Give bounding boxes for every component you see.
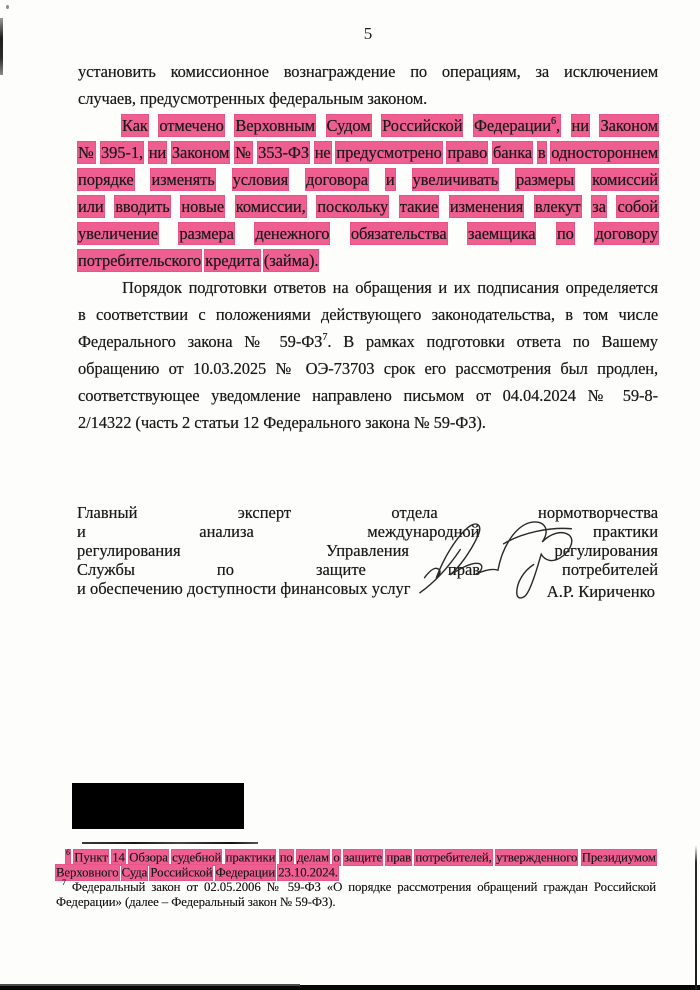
- footnotes-section: 6 Пункт 14 Обзора судебной практики по д…: [56, 850, 656, 910]
- document-page: 5 установить комиссионное вознаграждение…: [0, 0, 700, 990]
- paragraph-court-position-highlighted: Как отмечено Верховным Судом Российской …: [78, 112, 658, 274]
- redaction-box: [72, 783, 244, 829]
- scan-artifact-right-edge: [695, 845, 697, 990]
- signer-name: А.Р. Кириченко: [547, 582, 655, 602]
- signature-block: Главный эксперт отдела нормотворчестваи …: [77, 503, 658, 603]
- body-text: установить комиссионное вознаграждение п…: [78, 58, 658, 436]
- footnote-6: 6 Пункт 14 Обзора судебной практики по д…: [56, 850, 656, 880]
- footnote-7: 7 Федеральный закон от 02.05.2006 № 59-Ф…: [56, 880, 656, 910]
- paragraph-continuation: установить комиссионное вознаграждение п…: [78, 58, 658, 112]
- page-number: 5: [78, 24, 658, 44]
- scan-artifact-bottom-left-edge: [0, 984, 300, 986]
- scan-artifact-left-edge: [0, 18, 3, 75]
- paragraph-response-procedure: Порядок подготовки ответов на обращения …: [78, 274, 658, 436]
- footnote-separator: [82, 842, 258, 844]
- scan-artifact-dot: [6, 5, 9, 9]
